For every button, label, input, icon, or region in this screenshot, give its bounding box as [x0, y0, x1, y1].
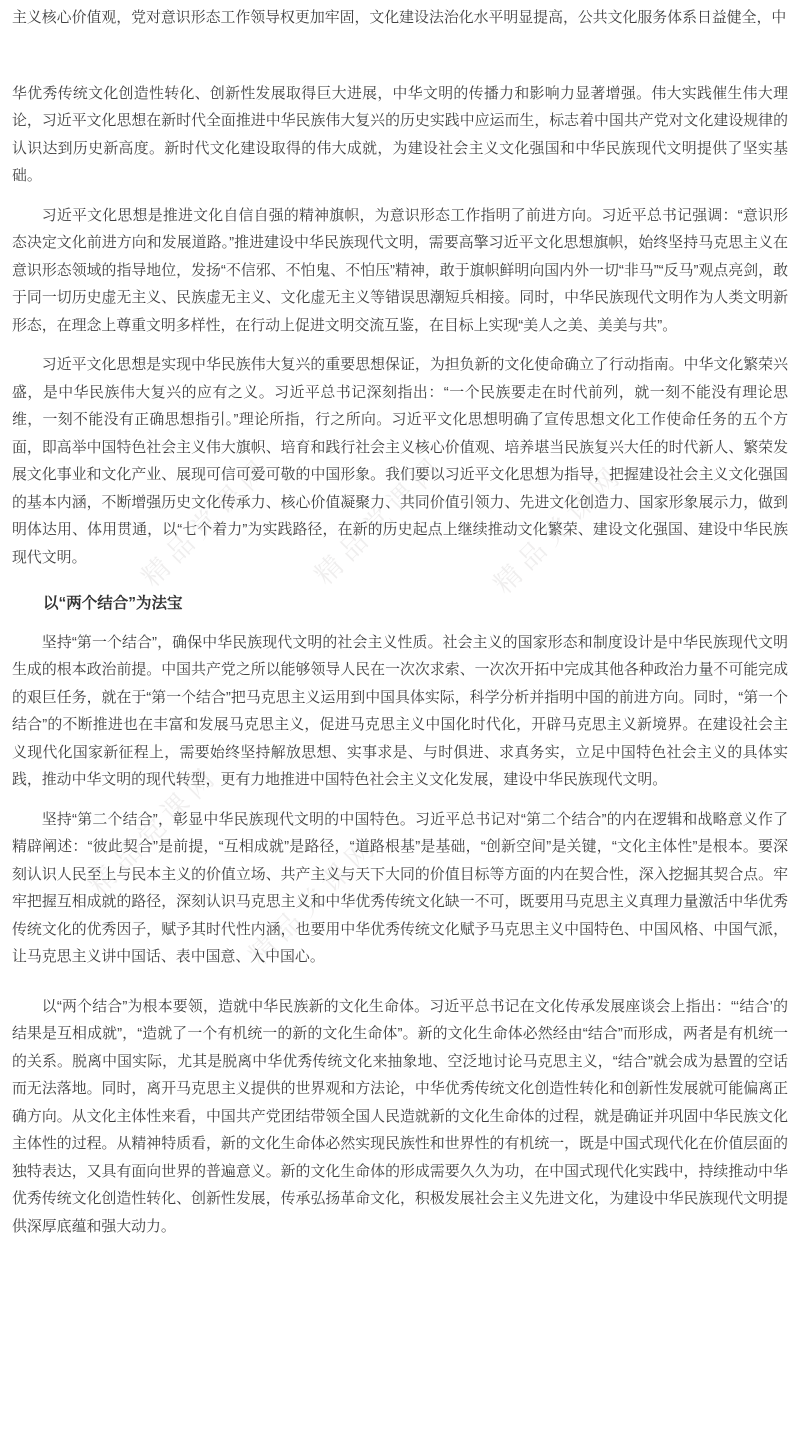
paragraph: 以“两个结合”为根本要领，造就中华民族新的文化生命体。习近平总书记在文化传承发展…: [12, 994, 788, 1242]
paragraph: 坚持“第二个结合”，彰显中华民族现代文明的中国特色。习近平总书记对“第二个结合”…: [12, 807, 788, 972]
page-break-fragment-line: 主义核心价值观，党对意识形态工作领导权更加牢固，文化建设法治化水平明显提高，公共…: [12, 5, 788, 33]
document-page: 精品党课网 精品党课网 精品党课网 精品党课网 精品党课网 主义核心价值观，党对…: [0, 0, 800, 1430]
section-heading: 以“两个结合”为法宝: [12, 590, 788, 618]
document-body: 主义核心价值观，党对意识形态工作领导权更加牢固，文化建设法治化水平明显提高，公共…: [0, 0, 800, 1241]
paragraph: 坚持“第一个结合”，确保中华民族现代文明的社会主义性质。社会主义的国家形态和制度…: [12, 630, 788, 795]
paragraph: 习近平文化思想是实现中华民族伟大复兴的重要思想保证，为担负新的文化使命确立了行动…: [12, 352, 788, 572]
paragraph: 习近平文化思想是推进文化自信自强的精神旗帜，为意识形态工作指明了前进方向。习近平…: [12, 203, 788, 341]
paragraph-continuation: 华优秀传统文化创造性转化、创新性发展取得巨大进展，中华文明的传播力和影响力显著增…: [12, 81, 788, 191]
